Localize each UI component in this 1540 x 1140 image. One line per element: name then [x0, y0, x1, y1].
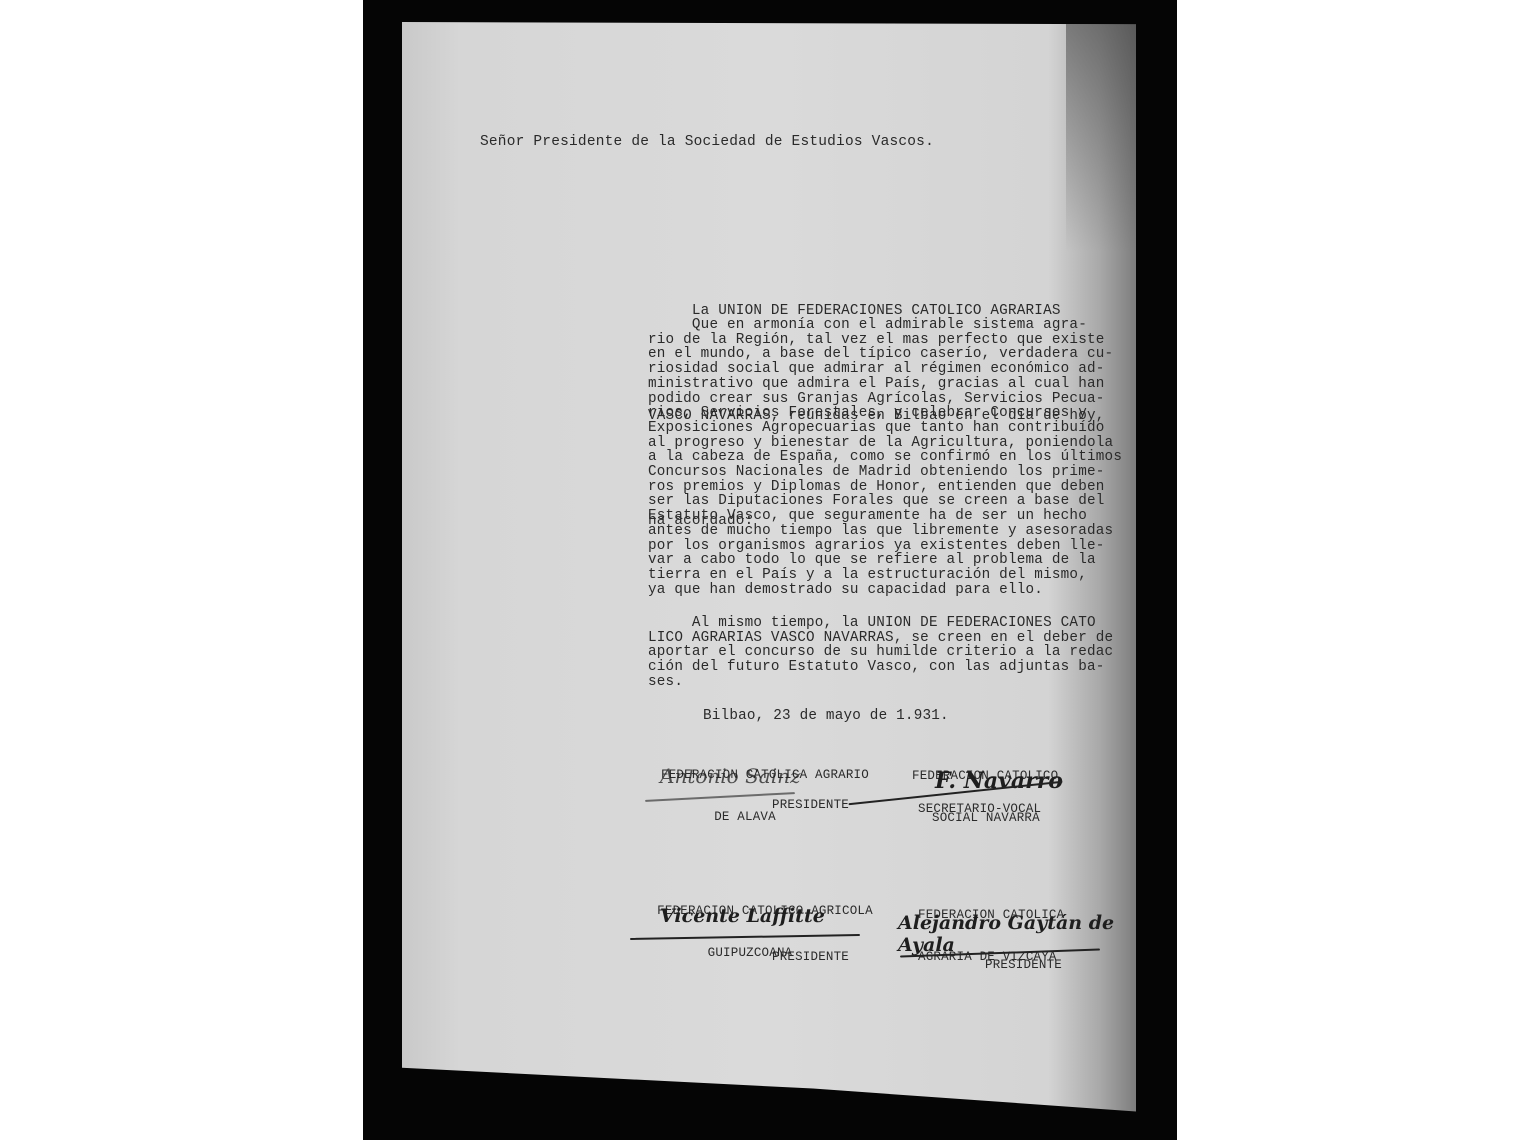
signatory-navarra-title: SECRETARIO-VOCAL: [918, 802, 1041, 816]
paragraph-line: antes de mucho tiempo las que libremente…: [648, 524, 1122, 539]
paragraph-line: Concursos Nacionales de Madrid obteniend…: [648, 465, 1122, 480]
paragraph-line: aportar el concurso de su humilde criter…: [648, 645, 1113, 660]
signatory-guipuzcoa-title: PRESIDENTE: [772, 950, 849, 964]
paragraph-line: Estatuto Vasco, que seguramente ha de se…: [648, 509, 1122, 524]
paragraph-1: Que en armonía con el admirable sistema …: [648, 318, 1122, 597]
paragraph-line: Exposiciones Agropecuarias que tanto han…: [648, 421, 1122, 436]
paragraph-line: Que en armonía con el admirable sistema …: [648, 318, 1122, 333]
paragraph-line: a la cabeza de España, como se confirmó …: [648, 450, 1122, 465]
paragraph-line: podido crear sus Granjas Agrícolas, Serv…: [648, 392, 1122, 407]
signatory-alava-title: PRESIDENTE: [772, 798, 849, 812]
org-region: DE ALAVA: [640, 810, 850, 824]
paragraph-line: rio de la Región, tal vez el mas perfect…: [648, 333, 1122, 348]
dateline: Bilbao, 23 de mayo de 1.931.: [703, 708, 949, 724]
paragraph-line: rios, Servicios Forestales, y celebrar C…: [648, 406, 1122, 421]
signatory-alava-org: FEDERACION CATOLICA AGRARIO DE ALAVA: [640, 740, 890, 838]
paragraph-line: Al mismo tiempo, la UNION DE FEDERACIONE…: [648, 616, 1113, 631]
signature-guipuzcoa: Vicente Laffitte: [660, 905, 825, 927]
signature-alava: Antonio Sainz: [660, 764, 801, 788]
signatory-vizcaya-title: PRESIDENTE: [985, 958, 1062, 972]
paragraph-line: riosidad social que admirar al régimen e…: [648, 362, 1122, 377]
paragraph-2: Al mismo tiempo, la UNION DE FEDERACIONE…: [648, 616, 1113, 690]
paragraph-line: en el mundo, a base del típico caserío, …: [648, 347, 1122, 362]
paragraph-line: al progreso y bienestar de la Agricultur…: [648, 436, 1122, 451]
paragraph-line: tierra en el País y a la estructuración …: [648, 568, 1122, 583]
paragraph-line: ción del futuro Estatuto Vasco, con las …: [648, 660, 1113, 675]
paragraph-line: ya que han demostrado su capacidad para …: [648, 583, 1122, 598]
paragraph-line: por los organismos agrarios ya existente…: [648, 539, 1122, 554]
paragraph-line: ser las Diputaciones Forales que se cree…: [648, 494, 1122, 509]
paragraph-line: ros premios y Diplomas de Honor, entiend…: [648, 480, 1122, 495]
paragraph-line: ministrativo que admira el País, gracias…: [648, 377, 1122, 392]
signature-navarra: F. Navarro: [935, 768, 1063, 794]
paragraph-line: ses.: [648, 675, 1113, 690]
paragraph-line: var a cabo todo lo que se refiere al pro…: [648, 553, 1122, 568]
salutation: Señor Presidente de la Sociedad de Estud…: [480, 134, 934, 150]
paragraph-line: LICO AGRARIAS VASCO NAVARRAS, se creen e…: [648, 631, 1113, 646]
